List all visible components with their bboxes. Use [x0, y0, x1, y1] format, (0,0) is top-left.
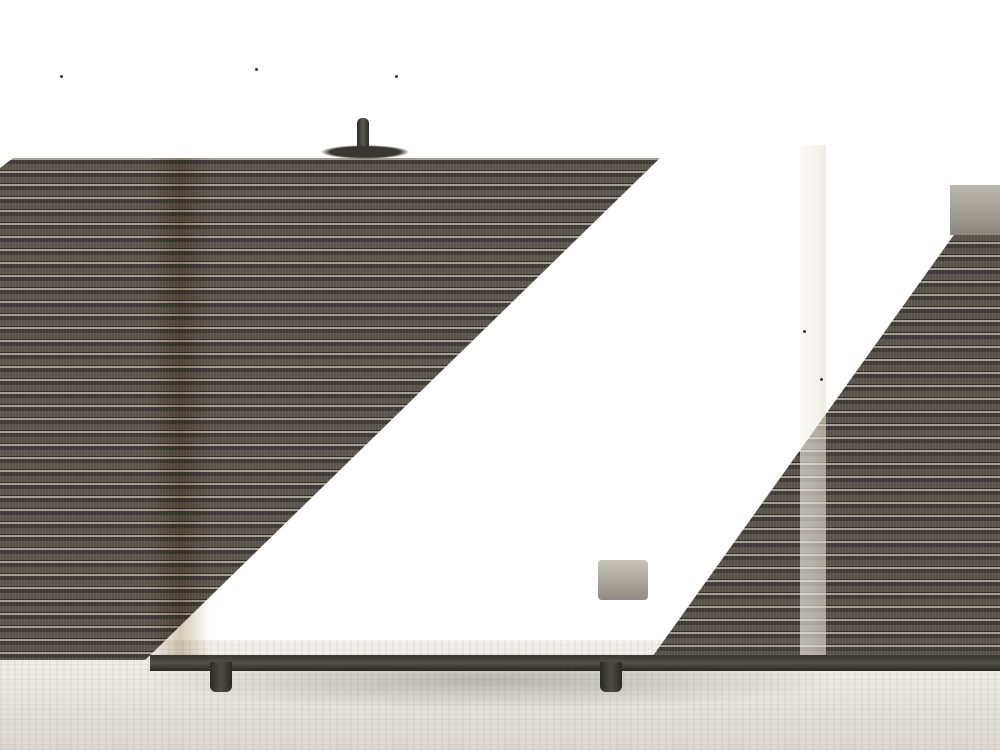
- lower-bracket: [598, 560, 648, 600]
- bottom-rail: [150, 655, 1000, 671]
- mounting-foot: [600, 662, 622, 692]
- speck: [60, 75, 63, 78]
- mounting-plate: [320, 145, 410, 159]
- speck: [820, 378, 823, 381]
- rust-stain: [150, 158, 210, 660]
- side-bracket: [950, 185, 1000, 235]
- photo-scene: [0, 0, 1000, 750]
- mounting-foot: [210, 662, 232, 692]
- speck: [395, 75, 398, 78]
- radiator-core-left: [0, 158, 660, 660]
- speck: [255, 68, 258, 71]
- side-tank: [800, 145, 826, 665]
- speck: [803, 330, 806, 333]
